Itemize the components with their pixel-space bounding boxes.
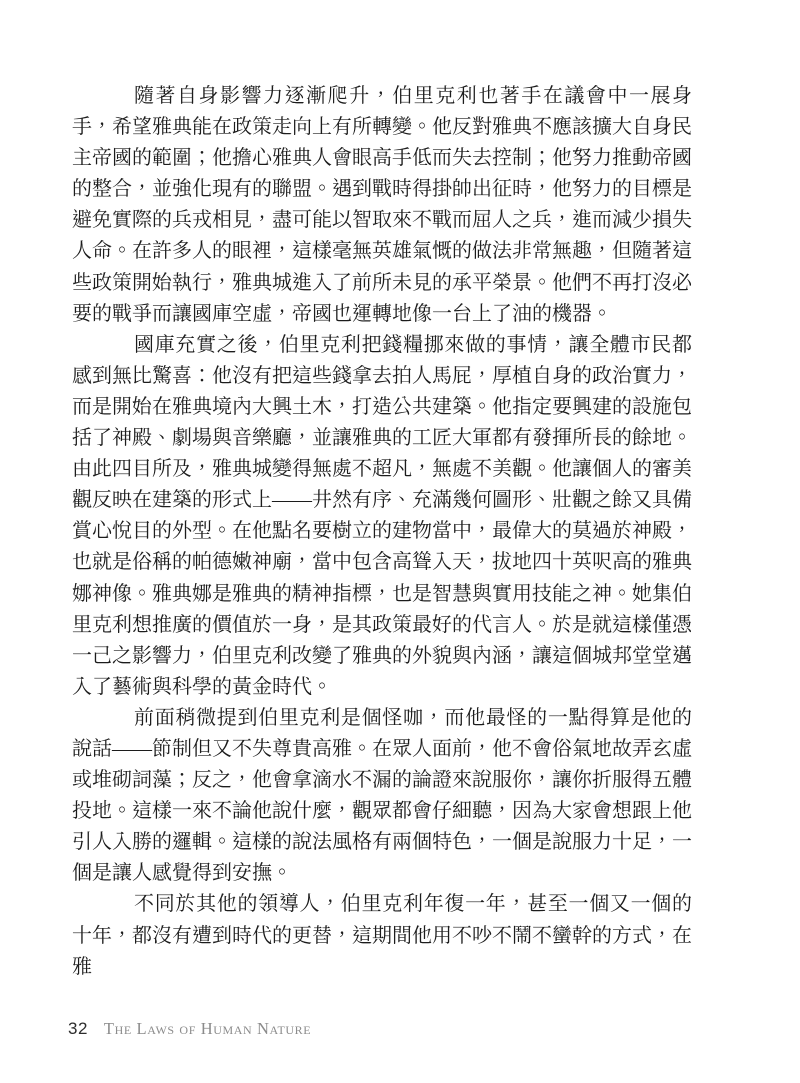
running-title: The Laws of Human Nature [104,1019,311,1039]
paragraph-4: 不同於其他的領導人，伯里克利年復一年，甚至一個又一個的十年，都沒有遭到時代的更替… [72,889,692,982]
book-page: 隨著自身影響力逐漸爬升，伯里克利也著手在議會中一展身手，希望雅典能在政策走向上有… [0,0,800,1083]
paragraph-3: 前面稍微提到伯里克利是個怪咖，而他最怪的一點得算是他的說話——節制但又不失尊貴高… [72,703,692,890]
text-block: 隨著自身影響力逐漸爬升，伯里克利也著手在議會中一展身手，希望雅典能在政策走向上有… [72,81,692,983]
page-number: 32 [68,1019,88,1039]
paragraph-1: 隨著自身影響力逐漸爬升，伯里克利也著手在議會中一展身手，希望雅典能在政策走向上有… [72,81,692,330]
paragraph-2: 國庫充實之後，伯里克利把錢糧挪來做的事情，讓全體市民都感到無比驚喜：他沒有把這些… [72,330,692,703]
page-footer: 32 The Laws of Human Nature [68,1019,728,1039]
